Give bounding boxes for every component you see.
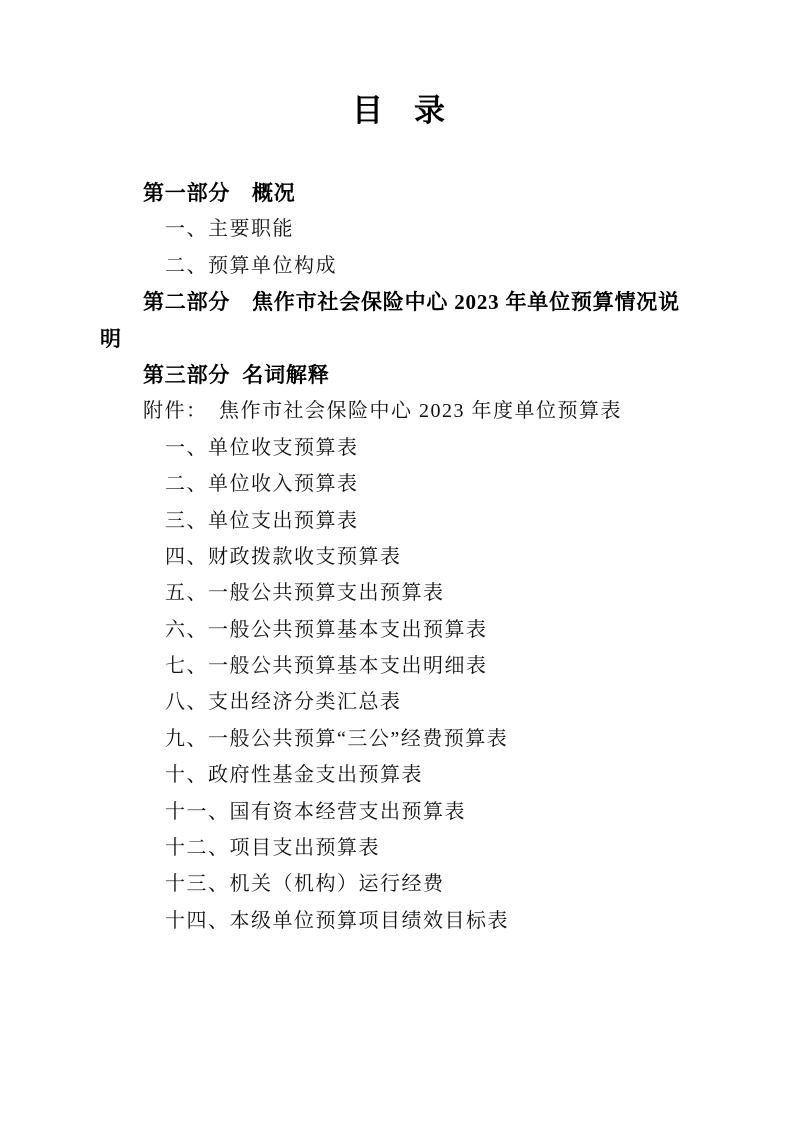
table-of-contents: 第一部分 概况 一、主要职能 二、预算单位构成 第二部分 焦作市社会保险中心 2… <box>100 175 697 939</box>
toc-item-table-13: 十三、机关（机构）运行经费 <box>100 866 697 902</box>
toc-item-table-10: 十、政府性基金支出预算表 <box>100 757 697 793</box>
toc-item-table-14: 十四、本级单位预算项目绩效目标表 <box>100 903 697 939</box>
toc-item-budget-unit-composition: 二、预算单位构成 <box>100 248 697 284</box>
heading-part-2-wrap: 明 <box>100 321 697 357</box>
attachment-heading: 附件： 焦作市社会保险中心 2023 年度单位预算表 <box>100 393 697 429</box>
toc-item-table-3: 三、单位支出预算表 <box>100 503 697 539</box>
document-content: 目 录 第一部分 概况 一、主要职能 二、预算单位构成 第二部分 焦作市社会保险… <box>100 0 697 939</box>
document-title: 目 录 <box>100 90 697 132</box>
toc-item-table-8: 八、支出经济分类汇总表 <box>100 684 697 720</box>
toc-item-table-2: 二、单位收入预算表 <box>100 466 697 502</box>
toc-item-table-5: 五、一般公共预算支出预算表 <box>100 575 697 611</box>
toc-item-table-1: 一、单位收支预算表 <box>100 430 697 466</box>
toc-item-table-9: 九、一般公共预算“三公”经费预算表 <box>100 721 697 757</box>
document-page: 目 录 第一部分 概况 一、主要职能 二、预算单位构成 第二部分 焦作市社会保险… <box>0 0 793 1122</box>
toc-item-table-12: 十二、项目支出预算表 <box>100 830 697 866</box>
heading-part-2: 第二部分 焦作市社会保险中心 2023 年单位预算情况说 <box>100 284 697 320</box>
toc-item-main-duties: 一、主要职能 <box>100 211 697 247</box>
toc-item-table-11: 十一、国有资本经营支出预算表 <box>100 794 697 830</box>
toc-item-table-4: 四、财政拨款收支预算表 <box>100 539 697 575</box>
toc-item-table-7: 七、一般公共预算基本支出明细表 <box>100 648 697 684</box>
toc-item-table-6: 六、一般公共预算基本支出预算表 <box>100 612 697 648</box>
heading-part-3: 第三部分 名词解释 <box>100 357 697 393</box>
heading-part-1: 第一部分 概况 <box>100 175 697 211</box>
